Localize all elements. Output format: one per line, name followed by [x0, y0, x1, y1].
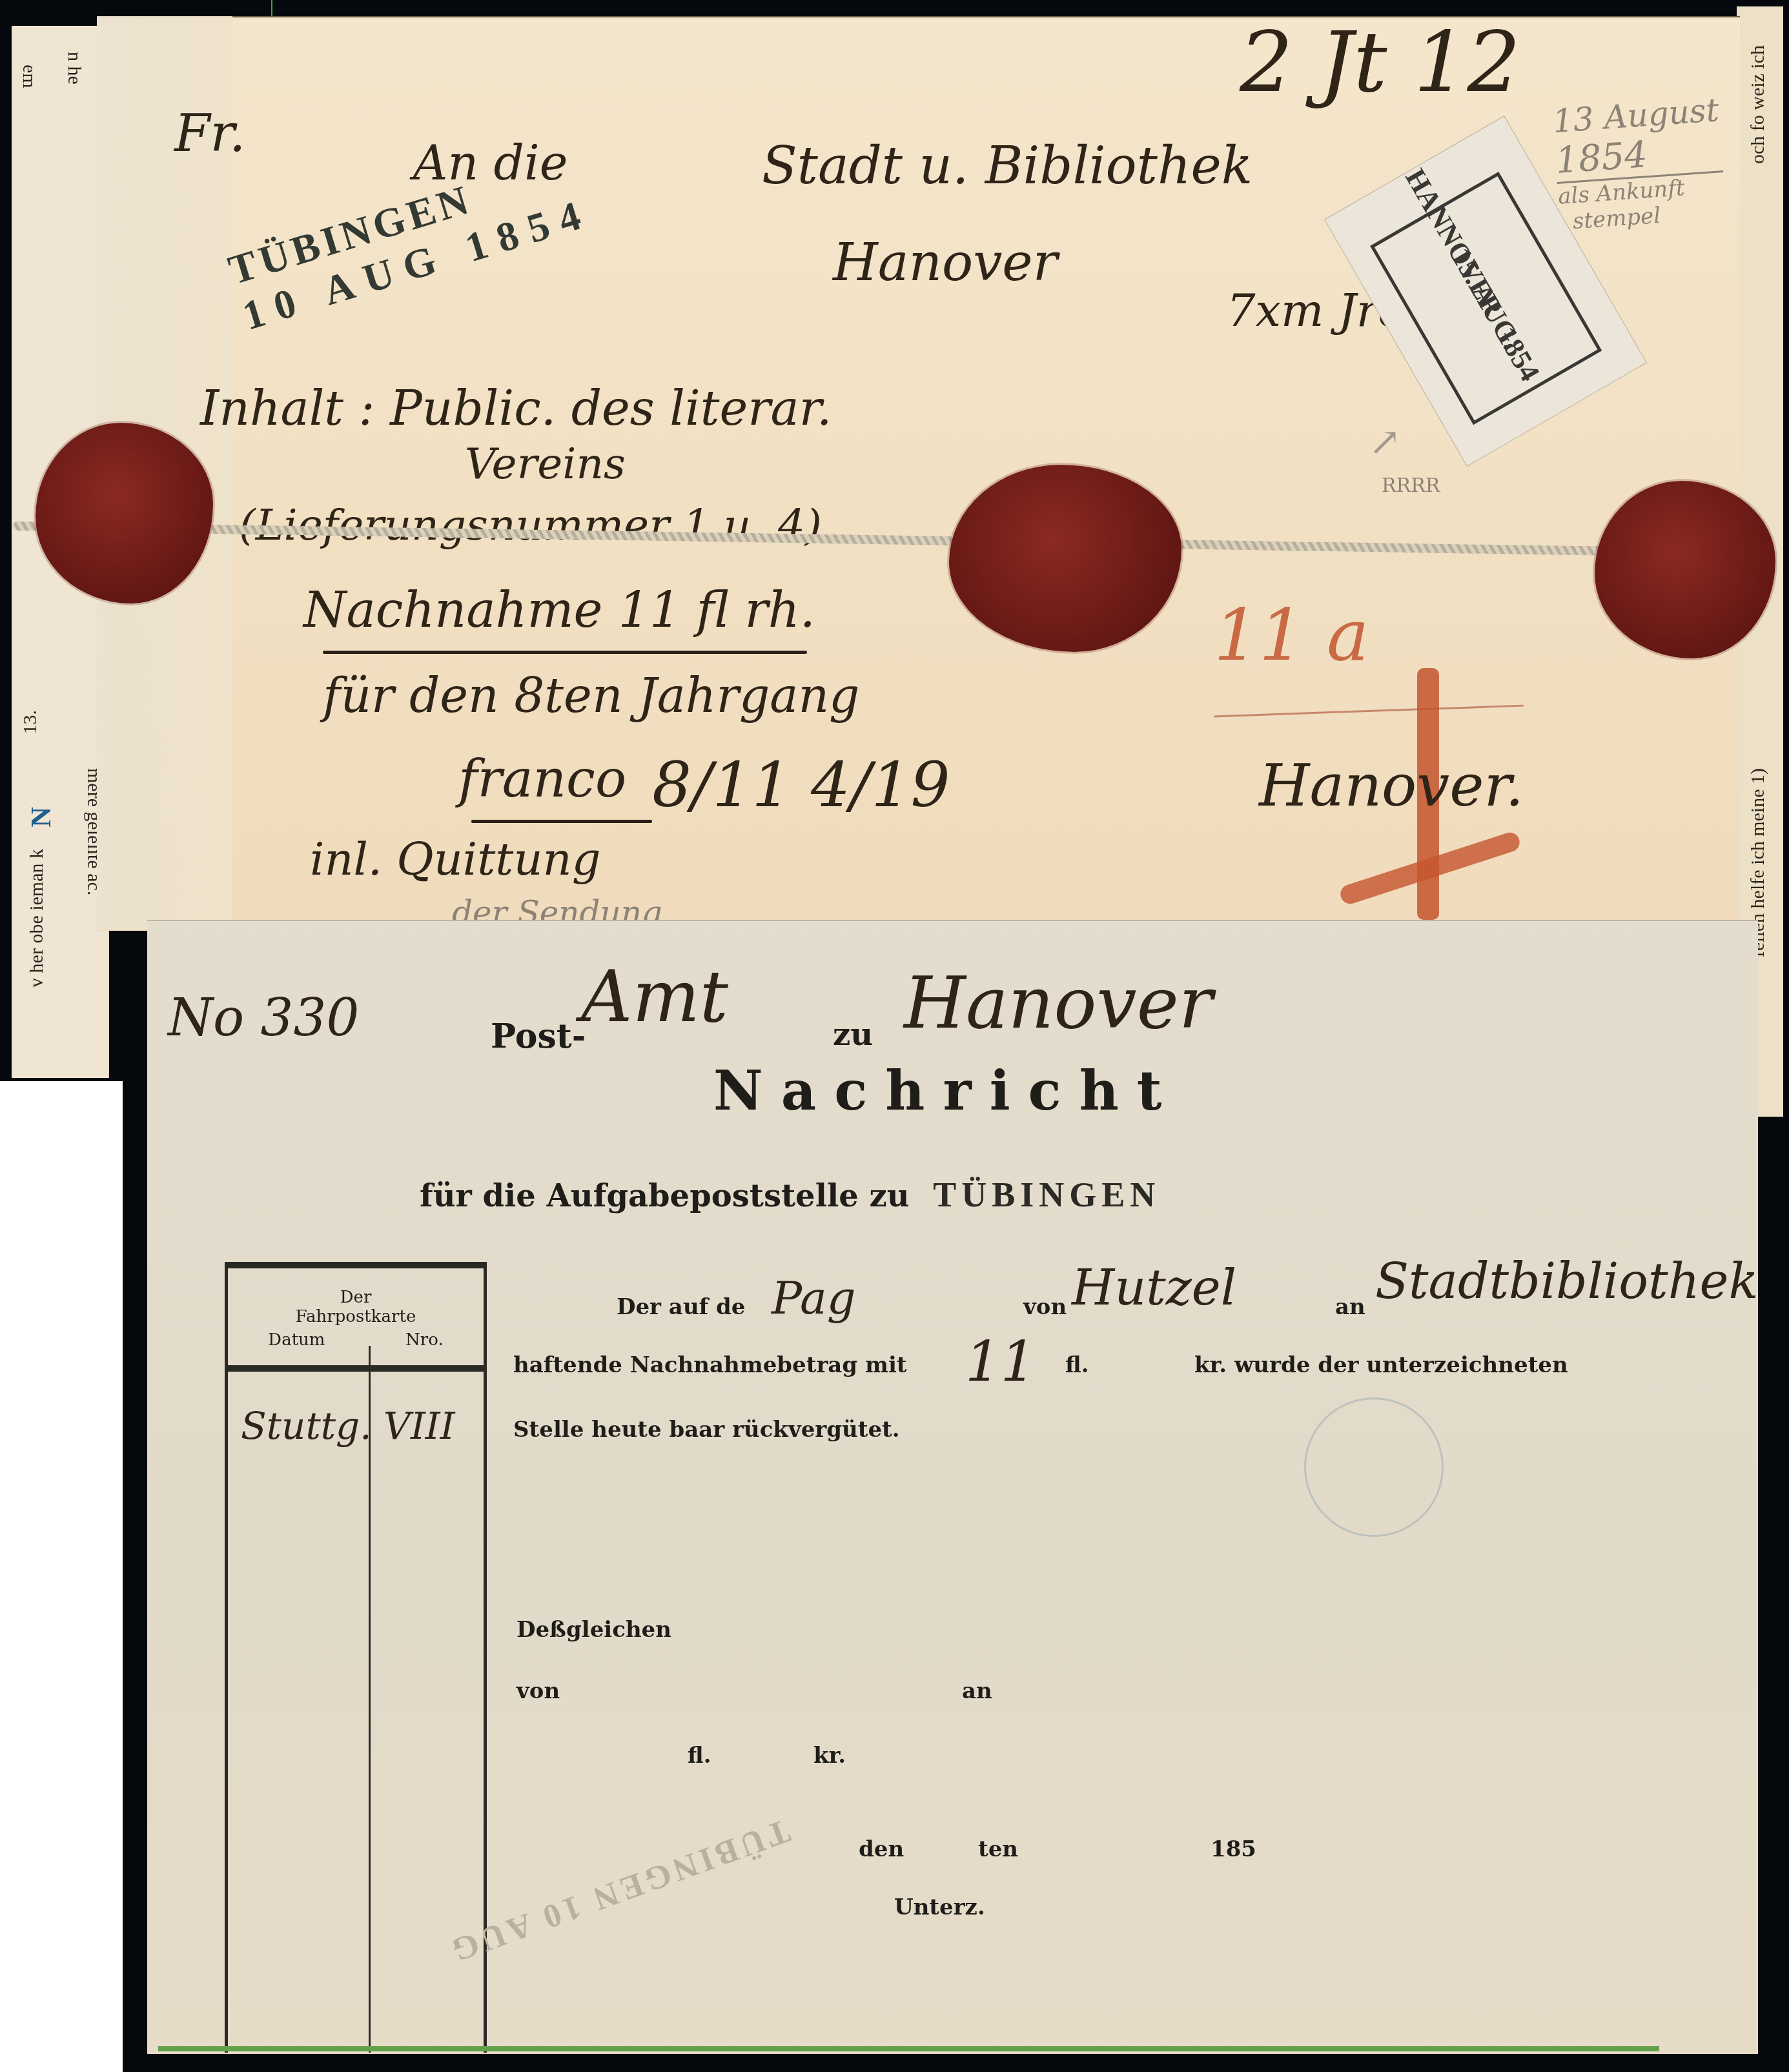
body-line3: Stelle heute baar rückvergütet.	[513, 1417, 900, 1443]
second-kr: kr.	[813, 1743, 846, 1769]
form-number: No 330	[168, 988, 359, 1048]
contents-line: Inhalt : Public. des literar.	[200, 381, 832, 436]
strip-text: v her obe ieman k	[26, 849, 48, 988]
table-cell-datum: Stuttg. VIII	[241, 1404, 455, 1448]
pencil-arrow-icon: ↗	[1369, 420, 1401, 465]
album-border-top	[271, 0, 272, 17]
body-line2-rest: kr. wurde der unterzeichneten	[1194, 1352, 1568, 1378]
body-line2-fl: fl.	[1065, 1352, 1089, 1378]
table-heading: Fahrpostkarte	[228, 1307, 484, 1326]
subtitle-place-stamp: TÜBINGEN	[933, 1175, 1160, 1214]
second-von: von	[516, 1678, 560, 1704]
body-line1-von-value: Hutzel	[1072, 1259, 1236, 1316]
form-title: Nachricht	[713, 1059, 1180, 1122]
body-line1-value: Pag	[772, 1272, 856, 1325]
column-nro: Nro.	[405, 1330, 444, 1350]
contents-line: (Lieferungsnummer 1 u. 4)	[239, 500, 822, 550]
pencil-mark: RRRR	[1382, 474, 1440, 497]
form-subtitle: für die Aufgabepoststelle zu TÜBINGEN	[420, 1175, 1160, 1215]
franco-label: franco	[458, 749, 626, 809]
strip-text: och fo weiz ich	[1747, 45, 1769, 164]
wax-seal-center	[949, 465, 1181, 652]
contents-line: inl. Quittung	[310, 833, 600, 886]
form-post-label: Post-	[491, 1017, 586, 1056]
cod-underline	[323, 651, 807, 654]
form-zu-label: zu	[833, 1017, 873, 1053]
second-ten: ten	[978, 1836, 1018, 1862]
body-line1-an-value: Stadtbibliothek	[1375, 1252, 1759, 1310]
table-heading: Der	[228, 1268, 484, 1307]
signature-label: Unterz.	[894, 1894, 985, 1920]
red-city-annotation: Hanover.	[1259, 752, 1524, 820]
address-recipient: Stadt u. Bibliothek	[762, 136, 1252, 196]
cod-line: Nachnahme 11 fl rh.	[303, 581, 815, 638]
franco-fraction: 8/11 4/19	[652, 749, 950, 821]
album-border-bottom	[158, 2046, 1659, 2051]
address-prefix: An die	[413, 136, 567, 191]
second-label: Deßgleichen	[516, 1617, 671, 1643]
body-line1-prefix: Der auf de	[617, 1294, 745, 1320]
strip-text: 13.	[19, 710, 41, 735]
second-an: an	[962, 1678, 992, 1704]
strip-text: n he	[63, 52, 85, 85]
second-den: den	[859, 1836, 904, 1862]
form-city-handwritten: Hanover	[904, 962, 1212, 1044]
contents-line: für den 8ten Jahrgang	[323, 668, 859, 724]
strip-text: em	[18, 65, 40, 88]
wax-seal-right	[1595, 481, 1775, 658]
body-line2-prefix: haftende Nachnahmebetrag mit	[513, 1352, 907, 1378]
table-column-divider	[369, 1346, 371, 2053]
faint-circular-stamp	[1304, 1397, 1444, 1537]
table-header: Der Fahrpostkarte Datum Nro.	[228, 1268, 484, 1372]
contents-line: Vereins	[465, 439, 626, 489]
corner-mark: Fr.	[174, 103, 245, 163]
franco-underline	[471, 820, 652, 823]
form-office-handwritten: Amt	[581, 955, 728, 1038]
second-year: 185	[1211, 1836, 1256, 1862]
second-fl: fl.	[688, 1743, 711, 1769]
body-line2-amount: 11	[965, 1330, 1036, 1394]
red-amount: 11 a	[1214, 594, 1369, 676]
body-line1-an: an	[1335, 1294, 1365, 1320]
strip-initial: N	[25, 807, 57, 828]
subtitle-text: für die Aufgabepoststelle zu	[420, 1178, 910, 1214]
pencil-note: 13 August 1854 als Ankunft stempel	[1551, 91, 1727, 235]
wax-seal-left	[36, 423, 213, 604]
blank-corner	[0, 1081, 123, 2072]
address-city: Hanover	[833, 232, 1058, 292]
docket-number: 2 Jt 12	[1240, 13, 1520, 111]
column-datum: Datum	[268, 1330, 325, 1350]
body-line1-von: von	[1023, 1294, 1067, 1320]
